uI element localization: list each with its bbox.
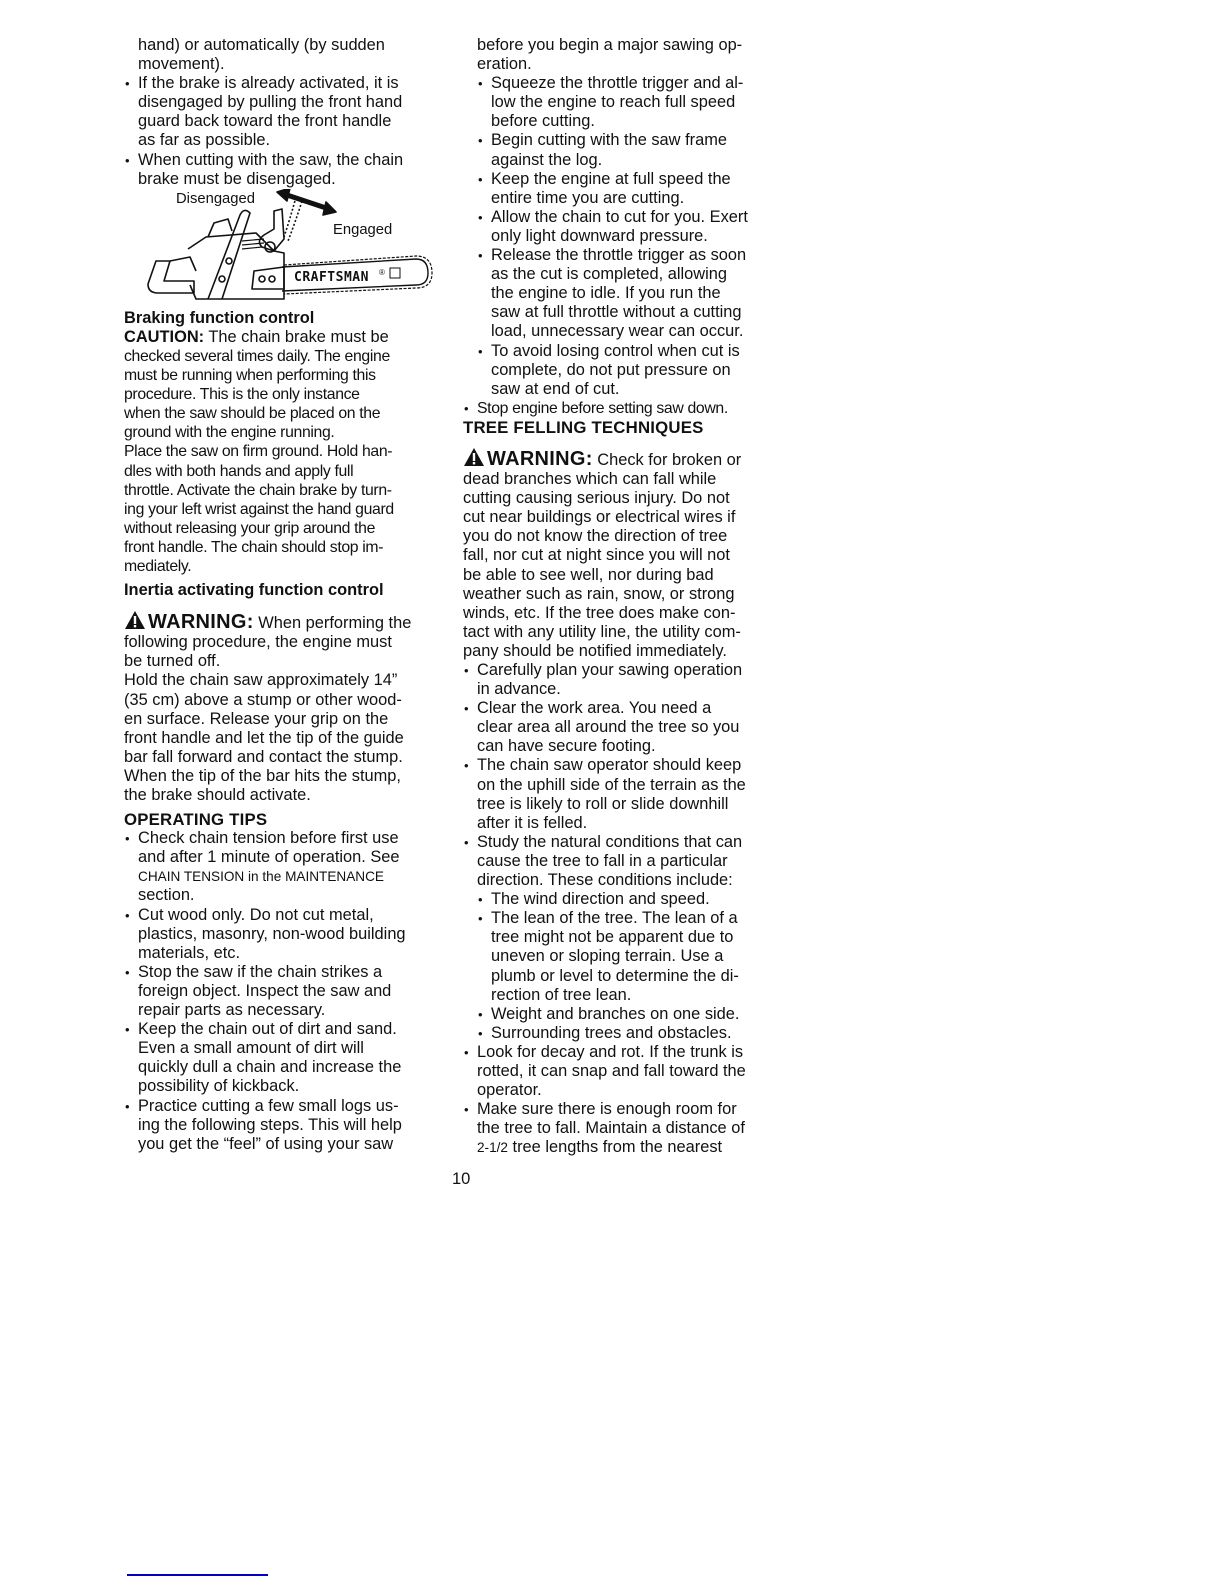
text-line: against the log. xyxy=(491,151,779,170)
list-item: Begin cutting with the saw frame against… xyxy=(477,131,779,169)
text-line: procedure. This is the only instance xyxy=(124,385,442,404)
text-line: plumb or level to determine the di- xyxy=(491,967,779,986)
maintenance-ref: MAINTENANCE xyxy=(285,869,384,884)
text-line: before you begin a major sawing op- xyxy=(463,36,779,55)
operating-tips-heading: OPERATING TIPS xyxy=(124,810,442,829)
left-column: hand) or automatically (by sudden moveme… xyxy=(124,36,442,1154)
list-item: Carefully plan your sawing operation in … xyxy=(463,661,779,699)
warning-triangle-icon xyxy=(463,447,485,467)
list-item: Release the throttle trigger as soon as … xyxy=(477,246,779,341)
list-item: Stop the saw if the chain strikes a fore… xyxy=(124,963,442,1020)
text-line: you do not know the direction of tree xyxy=(463,527,779,546)
text-line: Surrounding trees and obstacles. xyxy=(491,1024,779,1043)
text-line: front handle and let the tip of the guid… xyxy=(124,729,442,748)
text-line: When the tip of the bar hits the stump, xyxy=(124,767,442,786)
list-item: Allow the chain to cut for you. Exert on… xyxy=(477,208,779,246)
page-number: 10 xyxy=(452,1170,470,1189)
text-line: tree might not be apparent due to xyxy=(491,928,779,947)
text-line: foreign object. Inspect the saw and xyxy=(138,982,442,1001)
text-line: dles with both hands and apply full xyxy=(124,462,442,481)
text-line: saw at full throttle without a cutting xyxy=(491,303,779,322)
footer-rule xyxy=(127,1574,268,1576)
text-line: and after 1 minute of operation. See xyxy=(138,848,442,867)
list-item: Look for decay and rot. If the trunk is … xyxy=(463,1043,779,1100)
text-line: before cutting. xyxy=(491,112,779,131)
text-line: guard back toward the front handle xyxy=(138,112,442,131)
list-item: Practice cutting a few small logs us- in… xyxy=(124,1097,442,1154)
list-item: Weight and branches on one side. xyxy=(477,1005,779,1024)
list-item: The chain saw operator should keep on th… xyxy=(463,756,779,832)
text-line: Keep the engine at full speed the xyxy=(491,170,779,189)
text-line: Stop the saw if the chain strikes a xyxy=(138,963,442,982)
text-line: the brake should activate. xyxy=(124,786,442,805)
list-item: Make sure there is enough room for the t… xyxy=(463,1100,779,1157)
text-line: following procedure, the engine must xyxy=(124,633,442,652)
text-line: low the engine to reach full speed xyxy=(491,93,779,112)
braking-heading: Braking function control xyxy=(124,309,442,328)
text-line: repair parts as necessary. xyxy=(138,1001,442,1020)
text-line: uneven or sloping terrain. Use a xyxy=(491,947,779,966)
warning-line: WARNING: Check for broken or xyxy=(463,447,779,470)
list-item: Study the natural conditions that can ca… xyxy=(463,833,779,890)
text-line: on the uphill side of the terrain as the xyxy=(477,776,779,795)
text-line: Release the throttle trigger as soon xyxy=(491,246,779,265)
text-line: (35 cm) above a stump or other wood- xyxy=(124,691,442,710)
text-line: throttle. Activate the chain brake by tu… xyxy=(124,481,442,500)
text-line: in advance. xyxy=(477,680,779,699)
list-item: Keep the chain out of dirt and sand. Eve… xyxy=(124,1020,442,1096)
text-line: The chain saw operator should keep xyxy=(477,756,779,775)
text-line: dead branches which can fall while xyxy=(463,470,779,489)
text-line: Practice cutting a few small logs us- xyxy=(138,1097,442,1116)
text-line: Make sure there is enough room for xyxy=(477,1100,779,1119)
text-line: weather such as rain, snow, or strong xyxy=(463,585,779,604)
text-line: Cut wood only. Do not cut metal, xyxy=(138,906,442,925)
text-line: tact with any utility line, the utility … xyxy=(463,623,779,642)
chain-tension-ref: CHAIN TENSION xyxy=(138,869,244,884)
text-line: cutting causing serious injury. Do not xyxy=(463,489,779,508)
intro-line: hand) or automatically (by sudden xyxy=(124,36,442,55)
text-line: complete, do not put pressure on xyxy=(491,361,779,380)
text-line: Look for decay and rot. If the trunk is xyxy=(477,1043,779,1062)
text-line: Squeeze the throttle trigger and al- xyxy=(491,74,779,93)
text-line: ing your left wrist against the hand gua… xyxy=(124,500,442,519)
list-item: When cutting with the saw, the chain bra… xyxy=(124,151,442,189)
chainsaw-illustration-icon: CRAFTSMAN ® xyxy=(124,189,442,309)
text-line: operator. xyxy=(477,1081,779,1100)
text-line: materials, etc. xyxy=(138,944,442,963)
text-line: after it is felled. xyxy=(477,814,779,833)
text-line: disengaged by pulling the front hand xyxy=(138,93,442,112)
text-line: can have secure footing. xyxy=(477,737,779,756)
list-item: The lean of the tree. The lean of a tree… xyxy=(477,909,779,1004)
text-line: without releasing your grip around the xyxy=(124,519,442,538)
text-line: only light downward pressure. xyxy=(491,227,779,246)
text-line: cut near buildings or electrical wires i… xyxy=(463,508,779,527)
text-line: front handle. The chain should stop im- xyxy=(124,538,442,557)
warning-triangle-icon xyxy=(124,610,146,630)
list-item: Clear the work area. You need a clear ar… xyxy=(463,699,779,756)
text-line: ing the following steps. This will help xyxy=(138,1116,442,1135)
text-line: entire time you are cutting. xyxy=(491,189,779,208)
list-item: The wind direction and speed. xyxy=(477,890,779,909)
text-line: as far as possible. xyxy=(138,131,442,150)
text-line: When cutting with the saw, the chain xyxy=(138,151,442,170)
text-line: If the brake is already activated, it is xyxy=(138,74,442,93)
list-item: Stop engine before setting saw down. xyxy=(463,399,779,418)
list-item: If the brake is already activated, it is… xyxy=(124,74,442,150)
text-line: section. xyxy=(138,886,442,905)
inertia-heading: Inertia activating function control xyxy=(124,581,442,600)
text-line: pany should be notified immediately. xyxy=(463,642,779,661)
text-line: Place the saw on firm ground. Hold han- xyxy=(124,442,442,461)
chain-brake-figure: Disengaged Engaged xyxy=(124,189,442,309)
text-line: Hold the chain saw approximately 14” xyxy=(124,671,442,690)
text-line: tree is likely to roll or slide downhill xyxy=(477,795,779,814)
text-line: fall, nor cut at night since you will no… xyxy=(463,546,779,565)
brand-text: CRAFTSMAN xyxy=(294,270,369,285)
text-line: when the saw should be placed on the xyxy=(124,404,442,423)
text-line: bar fall forward and contact the stump. xyxy=(124,748,442,767)
right-column: before you begin a major sawing op- erat… xyxy=(463,36,779,1157)
text-line: 2-1/2 tree lengths from the nearest xyxy=(477,1138,779,1157)
text-line: saw at end of cut. xyxy=(491,380,779,399)
text-line: en surface. Release your grip on the xyxy=(124,710,442,729)
text-line: The lean of the tree. The lean of a xyxy=(491,909,779,928)
text-line: possibility of kickback. xyxy=(138,1077,442,1096)
text-line: Allow the chain to cut for you. Exert xyxy=(491,208,779,227)
text-line: the tree to fall. Maintain a distance of xyxy=(477,1119,779,1138)
text-line: the engine to idle. If you run the xyxy=(491,284,779,303)
tree-felling-heading: TREE FELLING TECHNIQUES xyxy=(463,418,779,437)
text-line: brake must be disengaged. xyxy=(138,170,442,189)
caution-line: CAUTION: The chain brake must be xyxy=(124,328,442,347)
text-line: Check chain tension before first use xyxy=(138,829,442,848)
svg-text:®: ® xyxy=(379,268,385,277)
text-line: Stop engine before setting saw down. xyxy=(477,399,779,418)
text-line: Carefully plan your sawing operation xyxy=(477,661,779,680)
list-item: To avoid losing control when cut is comp… xyxy=(477,342,779,399)
text-line: CHAIN TENSION in the MAINTENANCE xyxy=(138,867,442,886)
text-line: be able to see well, nor during bad xyxy=(463,566,779,585)
list-item: Keep the engine at full speed the entire… xyxy=(477,170,779,208)
warning-label: WARNING: xyxy=(487,448,593,470)
text-line: The wind direction and speed. xyxy=(491,890,779,909)
text-line: Weight and branches on one side. xyxy=(491,1005,779,1024)
warning-label: WARNING: xyxy=(148,611,254,633)
text-line: rection of tree lean. xyxy=(491,986,779,1005)
text-line: be turned off. xyxy=(124,652,442,671)
text-line: clear area all around the tree so you xyxy=(477,718,779,737)
text-line: as the cut is completed, allowing xyxy=(491,265,779,284)
text-line: load, unnecessary wear can occur. xyxy=(491,322,779,341)
text-line: To avoid losing control when cut is xyxy=(491,342,779,361)
text-line: mediately. xyxy=(124,557,442,576)
text-line: direction. These conditions include: xyxy=(477,871,779,890)
text-line: winds, etc. If the tree does make con- xyxy=(463,604,779,623)
warning-line: WARNING: When performing the xyxy=(124,610,442,633)
list-item: Cut wood only. Do not cut metal, plastic… xyxy=(124,906,442,963)
text-line: ground with the engine running. xyxy=(124,423,442,442)
text-line: Clear the work area. You need a xyxy=(477,699,779,718)
text-line: Keep the chain out of dirt and sand. xyxy=(138,1020,442,1039)
intro-line: movement). xyxy=(124,55,442,74)
text-line: Begin cutting with the saw frame xyxy=(491,131,779,150)
text-line: you get the “feel” of using your saw xyxy=(138,1135,442,1154)
text-line: plastics, masonry, non-wood building xyxy=(138,925,442,944)
list-item: Surrounding trees and obstacles. xyxy=(477,1024,779,1043)
text-line: quickly dull a chain and increase the xyxy=(138,1058,442,1077)
text-line: checked several times daily. The engine xyxy=(124,347,442,366)
text-line: Even a small amount of dirt will xyxy=(138,1039,442,1058)
list-item: Check chain tension before first use and… xyxy=(124,829,442,905)
caution-label: CAUTION: xyxy=(124,328,204,346)
text-line: must be running when performing this xyxy=(124,366,442,385)
text-line: rotted, it can snap and fall toward the xyxy=(477,1062,779,1081)
text-line: cause the tree to fall in a particular xyxy=(477,852,779,871)
list-item: Squeeze the throttle trigger and al- low… xyxy=(477,74,779,131)
text-line: eration. xyxy=(463,55,779,74)
text-line: Study the natural conditions that can xyxy=(477,833,779,852)
